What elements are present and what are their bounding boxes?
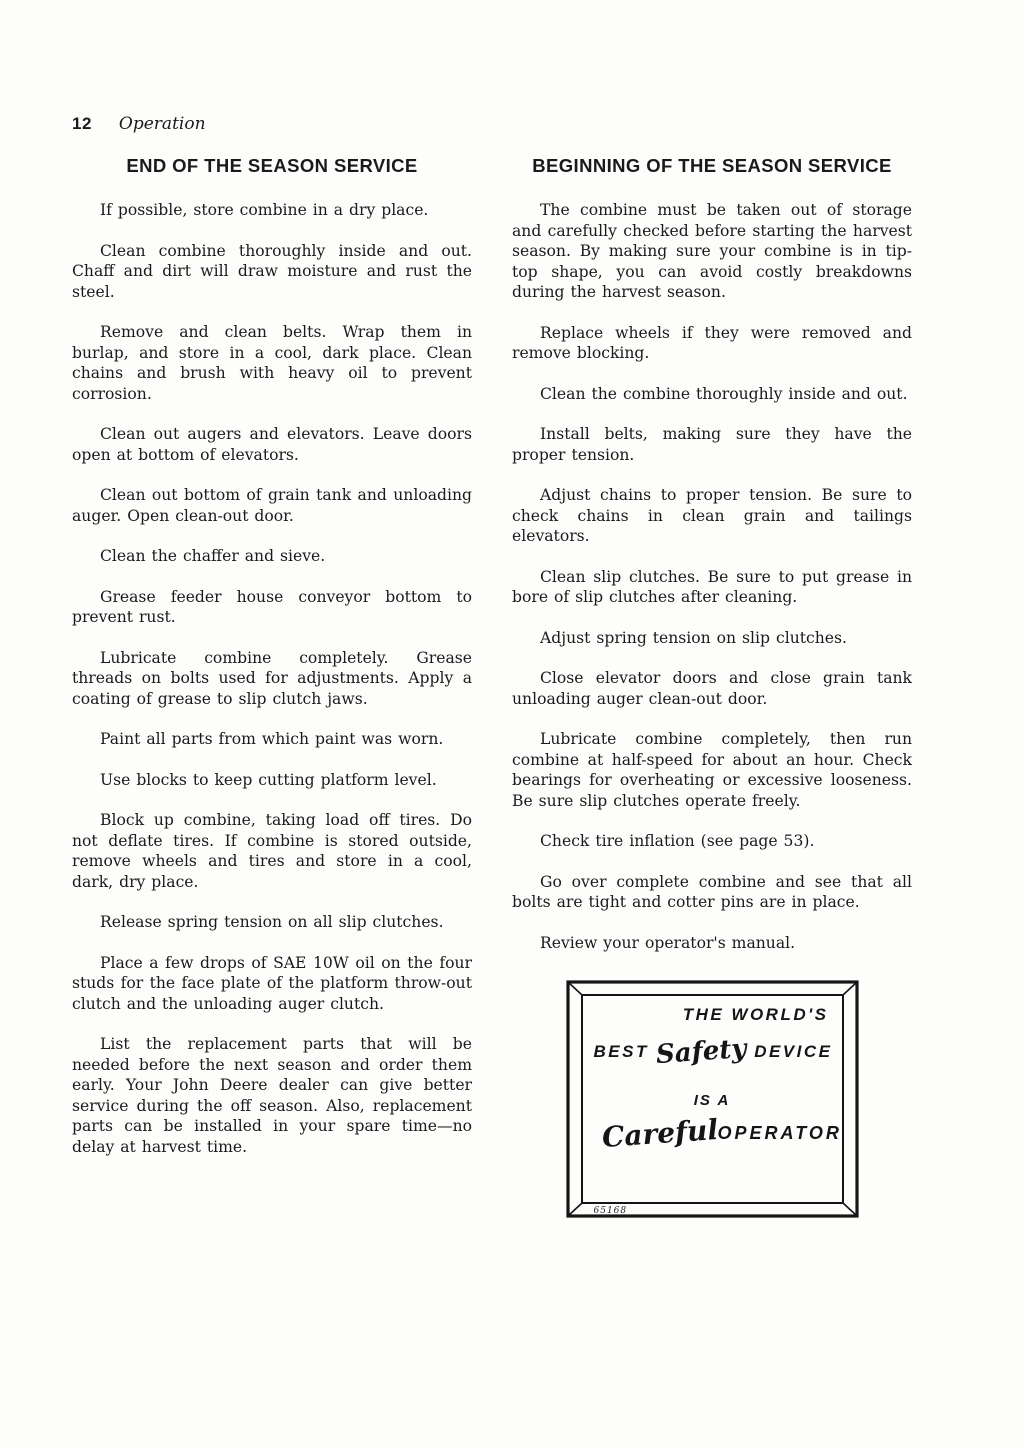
paragraph: Adjust chains to proper tension. Be sure… <box>512 485 912 547</box>
paragraph: Paint all parts from which paint was wor… <box>72 729 472 750</box>
running-head: 12Operation <box>72 114 206 134</box>
left-column: END OF THE SEASON SERVICE If possible, s… <box>72 155 472 1219</box>
two-column-body: END OF THE SEASON SERVICE If possible, s… <box>72 155 912 1219</box>
page-number: 12 <box>72 114 92 133</box>
paragraph: Review your operator's manual. <box>512 933 912 954</box>
safety-sign: THE WORLD'S BEST Safety DEVICE IS A Care… <box>566 979 859 1219</box>
paragraph: Check tire inflation (see page 53). <box>512 831 912 852</box>
paragraph: Grease feeder house conveyor bottom to p… <box>72 587 472 628</box>
paragraph: Release spring tension on all slip clutc… <box>72 912 472 933</box>
section-heading-beginning-of-season: BEGINNING OF THE SEASON SERVICE <box>512 155 912 177</box>
sign-word-safety-script: Safety <box>655 1034 747 1070</box>
paragraph: Install belts, making sure they have the… <box>512 424 912 465</box>
paragraph: The combine must be taken out of storage… <box>512 200 912 303</box>
paragraph: Replace wheels if they were removed and … <box>512 323 912 364</box>
paragraph: Remove and clean belts. Wrap them in bur… <box>72 322 472 404</box>
section-heading-end-of-season: END OF THE SEASON SERVICE <box>72 155 472 177</box>
paragraph: Lubricate combine completely. Grease thr… <box>72 648 472 710</box>
paragraph: Clean out bottom of grain tank and unloa… <box>72 485 472 526</box>
paragraph: Clean slip clutches. Be sure to put grea… <box>512 567 912 608</box>
paragraph: Use blocks to keep cutting platform leve… <box>72 770 472 791</box>
right-column: BEGINNING OF THE SEASON SERVICE The comb… <box>512 155 912 1219</box>
sign-word-careful-script: Careful <box>600 1113 718 1154</box>
running-title: Operation <box>119 114 206 134</box>
paragraph: If possible, store combine in a dry plac… <box>72 200 472 221</box>
sign-line-3: IS A <box>566 1092 859 1109</box>
figure-number: 65168 <box>594 1206 628 1216</box>
paragraph: Place a few drops of SAE 10W oil on the … <box>72 953 472 1015</box>
paragraph: Close elevator doors and close grain tan… <box>512 668 912 709</box>
sign-word-device: DEVICE <box>754 1042 832 1062</box>
paragraph: Go over complete combine and see that al… <box>512 872 912 913</box>
manual-page: 12Operation END OF THE SEASON SERVICE If… <box>0 0 1024 1449</box>
sign-word-best: BEST <box>594 1042 649 1062</box>
sign-word-operator: OPERATOR <box>718 1123 842 1144</box>
sign-line-2: BEST Safety DEVICE <box>594 1037 833 1067</box>
paragraph: Lubricate combine completely, then run c… <box>512 729 912 811</box>
paragraph: Clean out augers and elevators. Leave do… <box>72 424 472 465</box>
sign-line-1: THE WORLD'S <box>683 1005 829 1025</box>
paragraph: Clean the combine thoroughly inside and … <box>512 384 912 405</box>
paragraph: Adjust spring tension on slip clutches. <box>512 628 912 649</box>
paragraph: Clean the chaffer and sieve. <box>72 546 472 567</box>
paragraph: Clean combine thoroughly inside and out.… <box>72 241 472 303</box>
paragraph: List the replacement parts that will be … <box>72 1034 472 1157</box>
sign-line-4: Careful OPERATOR <box>602 1117 833 1150</box>
paragraph: Block up combine, taking load off tires.… <box>72 810 472 892</box>
